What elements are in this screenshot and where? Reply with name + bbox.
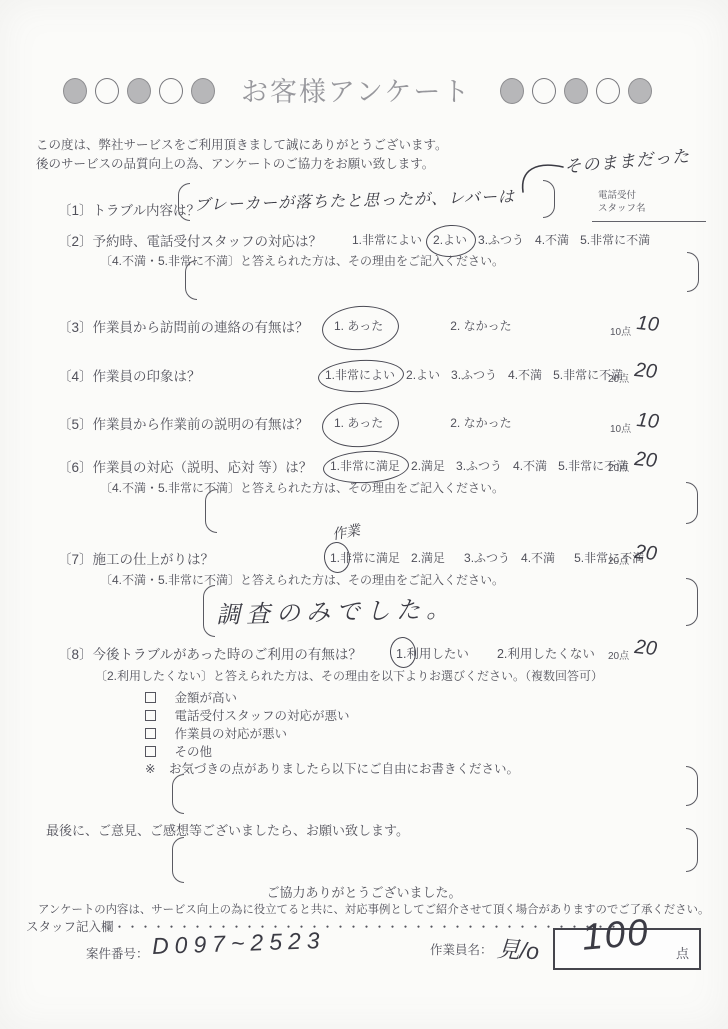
answer-bracket-open [172, 837, 184, 883]
header-circles-left [63, 78, 215, 104]
question-5-options: 1. あった 2. なかった [334, 414, 512, 431]
worker-name-label: 作業員名： [430, 940, 493, 958]
checkbox-icon [145, 728, 156, 739]
checkbox-row: 金額が高い [145, 688, 237, 707]
checkbox-label: 電話受付スタッフの対応が悪い [174, 709, 349, 723]
thanks-label: ご協力ありがとうございました。 [0, 882, 728, 901]
question-8-score: 20点 20 [608, 642, 656, 665]
checkbox-row: 作業員の対応が悪い [145, 724, 287, 743]
option-label: 3.ふつう [456, 457, 502, 474]
question-7-label: 〔7〕施工の仕上がりは？ [58, 548, 214, 568]
decorative-circle-icon [159, 78, 183, 104]
decorative-circle-icon [532, 78, 556, 104]
page-title: お客様アンケート [241, 70, 471, 109]
score-label: 20点 [608, 463, 629, 474]
scanned-survey-page: お客様アンケート この度は、弊社サービスをご利用頂きまして誠にありがとうございま… [0, 0, 728, 1029]
phone-staff-label-line1: 電話受付 [598, 189, 646, 202]
handwritten-q1-continuation: そのままだった [563, 142, 691, 178]
decorative-circle-icon [564, 78, 588, 104]
decorative-circle-icon [500, 78, 524, 104]
checkbox-row: 電話受付スタッフの対応が悪い [145, 706, 349, 725]
free-note-label: お気づきの点がありましたら以下にご自由にお書きください。 [169, 762, 519, 776]
question-3-options: 1. あった 2. なかった [334, 317, 512, 334]
question-6-options: 1.非常に満足 2.満足 3.ふつう 4.不満 5.非常に不満 [330, 457, 628, 474]
option-label-circled: 1. あった [334, 317, 383, 334]
staff-entry-label: スタッフ記入欄 [26, 920, 114, 934]
question-8-label: 〔8〕今後トラブルがあった時のご利用の有無は？ [58, 643, 362, 663]
option-label: 4.不満 [521, 549, 555, 566]
note-mark: ※ [145, 762, 155, 776]
handwritten-score: 20 [633, 448, 658, 473]
decorative-circle-icon [628, 78, 652, 104]
option-label: 3.ふつう [478, 231, 524, 248]
question-4-score: 20点 20 [608, 365, 656, 388]
handwritten-score: 20 [633, 636, 658, 661]
checkbox-label: 金額が高い [174, 691, 237, 705]
option-label-circled: 2.よい [433, 231, 467, 248]
answer-bracket-open [203, 585, 215, 637]
option-label: 1.非常によい [352, 231, 422, 248]
question-2-options: 1.非常によい 2.よい 3.ふつう 4.不満 5.非常に不満 [352, 231, 650, 248]
question-6-sub: 〔4.不満・5.非常に不満〕と答えられた方は、その理由をご記入ください。 [100, 479, 504, 496]
score-label: 10点 [610, 327, 631, 338]
option-label-circled: 1. あった [334, 414, 383, 431]
case-number-label: 案件番号： [86, 944, 149, 962]
decorative-circle-icon [127, 78, 151, 104]
question-5-score: 10点 10 [610, 415, 658, 438]
answer-bracket-close [543, 180, 555, 218]
option-label: 4.不満 [508, 366, 542, 383]
final-request-label: 最後に、ご意見、ご感想等ございましたら、お願い致します。 [46, 820, 409, 839]
answer-bracket-open [205, 489, 217, 533]
handwritten-score: 20 [633, 359, 658, 384]
handwritten-worker-name: 見/o [496, 931, 540, 967]
question-7-score: 20点 20 [608, 547, 656, 570]
score-label: 20点 [608, 651, 629, 662]
intro-line-1: この度は、弊社サービスをご利用頂きまして誠にありがとうございます。 [36, 136, 448, 155]
score-unit-label: 点 [676, 943, 689, 962]
handwritten-score: 20 [633, 541, 658, 566]
answer-bracket-close [686, 766, 698, 806]
answer-bracket-open [178, 183, 190, 221]
answer-bracket-open [172, 774, 184, 814]
checkbox-label: その他 [174, 745, 212, 759]
question-8-options: 1.利用したい 2.利用したくない [396, 644, 595, 662]
decorative-circle-icon [596, 78, 620, 104]
option-label-circled: 1.非常に満足 [330, 549, 400, 566]
option-label: 2.利用したくない [497, 644, 595, 662]
question-2-label: 〔2〕予約時、電話受付スタッフの対応は？ [58, 230, 322, 250]
answer-bracket-close [686, 482, 698, 524]
question-4-options: 1.非常によい 2.よい 3.ふつう 4.不満 5.非常に不満 [325, 366, 623, 383]
option-label: 2. なかった [450, 414, 511, 431]
question-3-score: 10点 10 [610, 318, 658, 341]
question-2-sub: 〔4.不満・5.非常に不満〕と答えられた方は、その理由をご記入ください。 [100, 252, 504, 269]
score-label: 10点 [610, 424, 631, 435]
handwritten-score: 10 [635, 312, 660, 337]
question-8-sub: 〔2.利用したくない〕と答えられた方は、その理由を以下よりお選びください。（複数… [95, 667, 603, 684]
option-label-circled: 1.非常に満足 [330, 457, 400, 474]
option-label: 2.満足 [411, 457, 445, 474]
score-label: 20点 [608, 556, 629, 567]
handwritten-case-number: D097~2523 [152, 927, 326, 960]
answer-bracket-close [687, 252, 699, 292]
question-5-label: 〔5〕作業員から作業前の説明の有無は？ [58, 413, 309, 433]
checkbox-label: 作業員の対応が悪い [174, 727, 287, 741]
option-label: 3.ふつう [451, 366, 497, 383]
intro-line-2: 後のサービスの品質向上の為、アンケートのご協力をお願い致します。 [36, 155, 434, 174]
question-6-label: 〔6〕作業員の対応（説明、応対 等）は？ [58, 456, 312, 476]
option-label: 4.不満 [513, 457, 547, 474]
handwritten-connector-stroke-icon [516, 158, 566, 194]
answer-bracket-close [686, 828, 698, 872]
handwritten-q7-reason: 調査のみでした。 [216, 589, 457, 630]
checkbox-icon [145, 692, 156, 703]
answer-bracket-open [185, 260, 197, 300]
free-note-row: ※ お気づきの点がありましたら以下にご自由にお書きください。 [145, 759, 519, 777]
checkbox-icon [145, 746, 156, 757]
option-label: 2. なかった [450, 317, 511, 334]
option-label-circled: 1.利用したい [396, 644, 469, 662]
decorative-circle-icon [95, 78, 119, 104]
header-circles-right [500, 78, 652, 104]
option-label: 3.ふつう [464, 549, 510, 566]
option-label-circled: 1.非常によい [325, 366, 395, 383]
handwritten-q1-answer: ブレーカーが落ちたと思ったが、レバーは [194, 184, 515, 215]
option-label: 4.不満 [535, 231, 569, 248]
question-4-label: 〔4〕作業員の印象は？ [58, 365, 201, 385]
score-label: 20点 [608, 374, 629, 385]
option-label: 2.よい [406, 366, 440, 383]
option-label: 2.満足 [411, 549, 445, 566]
question-7-options: 1.非常に満足 2.満足 3.ふつう 4.不満 5.非常に不満 [330, 549, 644, 566]
decorative-circle-icon [191, 78, 215, 104]
decorative-circle-icon [63, 78, 87, 104]
answer-bracket-close [686, 578, 698, 626]
question-7-sub: 〔4.不満・5.非常に不満〕と答えられた方は、その理由をご記入ください。 [100, 571, 504, 588]
checkbox-icon [145, 710, 156, 721]
option-label: 5.非常に不満 [580, 231, 650, 248]
phone-staff-underline [592, 205, 706, 222]
handwritten-total-score: 100 [580, 911, 651, 959]
handwritten-score: 10 [635, 409, 660, 434]
handwritten-q7-note: 作業 [330, 520, 361, 545]
question-6-score: 20点 20 [608, 454, 656, 477]
question-3-label: 〔3〕作業員から訪問前の連絡の有無は？ [58, 316, 309, 336]
